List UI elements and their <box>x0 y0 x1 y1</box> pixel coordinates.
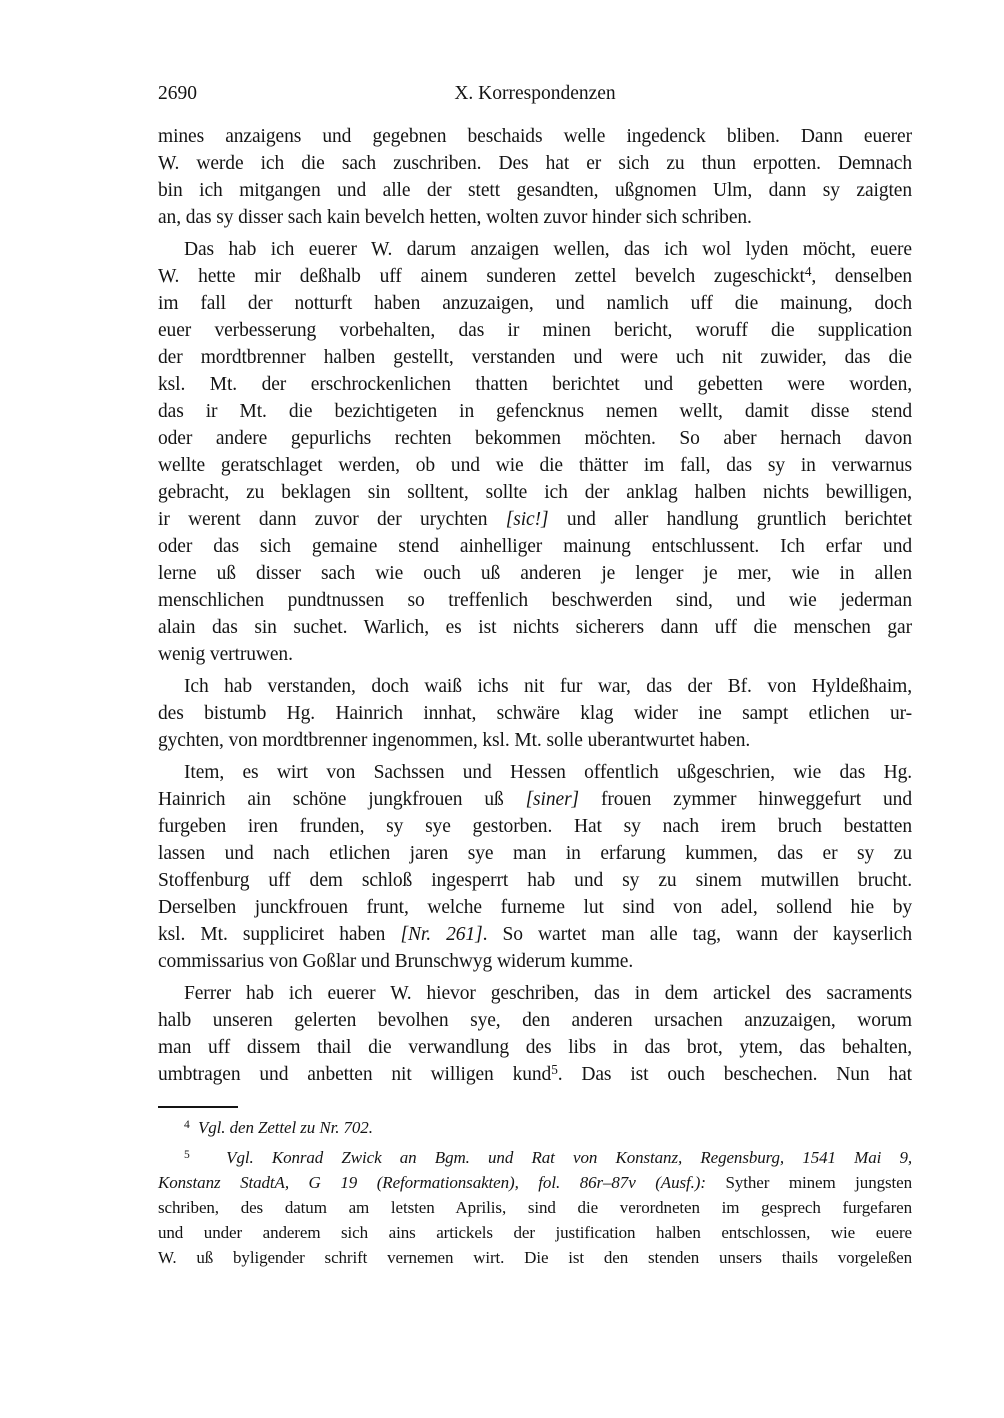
text-line: halb unseren gelerten bevolhen sye, den … <box>158 1007 912 1034</box>
text-line: umbtragen und anbetten nit willigen kund… <box>158 1061 912 1088</box>
text-line: oder andere gepurlichs rechten bekommen … <box>158 425 912 452</box>
text-line: bin ich mitgangen und alle der stett ges… <box>158 177 912 204</box>
text-line: lassen und nach etlichen jaren sye man i… <box>158 840 912 867</box>
superscript-ref: 4 <box>184 1118 190 1131</box>
text-line: W. werde ich die sach zuschriben. Des ha… <box>158 150 912 177</box>
text-line: der mordtbrenner halben gestellt, versta… <box>158 344 912 371</box>
text-line: das ir Mt. die bezichtigeten in gefenckn… <box>158 398 912 425</box>
text-line: schriben, des datum am letsten Aprilis, … <box>158 1195 912 1220</box>
paragraph: Ich hab verstanden, doch waiß ichs nit f… <box>158 673 912 754</box>
text-block: 2690 X. Korrespondenzen mines anzaigens … <box>158 80 912 1088</box>
text-line: oder das sich gemaine stend ainhelliger … <box>158 533 912 560</box>
text-line: an, das sy disser sach kain bevelch hett… <box>158 204 912 231</box>
text-line: des bistumb Hg. Hainrich innhat, schwäre… <box>158 700 912 727</box>
text-line: lerne uß disser sach wie ouch uß anderen… <box>158 560 912 587</box>
text-line: Hainrich ain schöne jungkfrouen uß [sine… <box>158 786 912 813</box>
text-line: Konstanz StadtA, G 19 (Reformationsakten… <box>158 1170 912 1195</box>
text-line: W. uß byligender schrift vernemen wirt. … <box>158 1245 912 1270</box>
paragraph: Ferrer hab ich euerer W. hievor geschrib… <box>158 980 912 1088</box>
text-line: menschlichen pundtnussen so treffenlich … <box>158 587 912 614</box>
italic-text: [sic!] <box>506 509 549 530</box>
text-line: und under anderem sich ains artickels de… <box>158 1220 912 1245</box>
italic-text: Vgl. den Zettel zu Nr. 702. <box>198 1118 373 1137</box>
text-line: 4 Vgl. den Zettel zu Nr. 702. <box>158 1115 912 1140</box>
paragraph: Item, es wirt von Sachssen und Hessen of… <box>158 759 912 975</box>
text-line: alain das sin suchet. Warlich, es ist ni… <box>158 614 912 641</box>
running-head: X. Korrespondenzen <box>158 80 912 107</box>
footnote: 4 Vgl. den Zettel zu Nr. 702. <box>158 1115 912 1140</box>
text-line: im fall der notturft haben anzuzaigen, u… <box>158 290 912 317</box>
text-line: Stoffenburg uff dem schloß ingesperrt ha… <box>158 867 912 894</box>
body-text: mines anzaigens und gegebnen beschaids w… <box>158 123 912 1088</box>
paragraph: mines anzaigens und gegebnen beschaids w… <box>158 123 912 231</box>
italic-text: Konstanz StadtA, G 19 (Reformationsakten… <box>158 1173 706 1192</box>
superscript-ref: 5 <box>184 1148 190 1161</box>
italic-text: Vgl. Konrad Zwick an Bgm. und Rat von Ko… <box>226 1148 912 1167</box>
footnote-separator <box>158 1106 238 1108</box>
text-line: ksl. Mt. suppliciret haben [Nr. 261]. So… <box>158 921 912 948</box>
book-page: 2690 X. Korrespondenzen mines anzaigens … <box>0 0 1004 1418</box>
text-line: euer verbesserung vorbehalten, das ir mi… <box>158 317 912 344</box>
page-header: 2690 X. Korrespondenzen <box>158 80 912 107</box>
text-line: furgeben iren frunden, sy sye gestorben.… <box>158 813 912 840</box>
text-line: man uff dissem thail die verwandlung des… <box>158 1034 912 1061</box>
text-line: ir werent dann zuvor der urychten [sic!]… <box>158 506 912 533</box>
superscript-ref: 4 <box>805 264 812 279</box>
text-line: Item, es wirt von Sachssen und Hessen of… <box>158 759 912 786</box>
text-line: ksl. Mt. der erschrockenlichen thatten b… <box>158 371 912 398</box>
text-line: 5 Vgl. Konrad Zwick an Bgm. und Rat von … <box>158 1145 912 1170</box>
italic-text: [siner] <box>526 789 579 810</box>
text-line: Das hab ich euerer W. darum anzaigen wel… <box>158 236 912 263</box>
text-line: W. hette mir deßhalb uff ainem sunderen … <box>158 263 912 290</box>
text-line: commissarius von Goßlar und Brunschwyg w… <box>158 948 912 975</box>
footnote: 5 Vgl. Konrad Zwick an Bgm. und Rat von … <box>158 1145 912 1270</box>
italic-text: [Nr. 261] <box>400 924 482 945</box>
text-line: wellte geratschlaget werden, ob und wie … <box>158 452 912 479</box>
text-line: gychten, von mordtbrenner ingenommen, ks… <box>158 727 912 754</box>
text-line: Ferrer hab ich euerer W. hievor geschrib… <box>158 980 912 1007</box>
paragraph: Das hab ich euerer W. darum anzaigen wel… <box>158 236 912 668</box>
text-line: gebracht, zu beklagen sin solltent, soll… <box>158 479 912 506</box>
footnotes-section: 4 Vgl. den Zettel zu Nr. 702.5 Vgl. Konr… <box>158 1106 912 1270</box>
text-line: Derselben junckfrouen frunt, welche furn… <box>158 894 912 921</box>
text-line: mines anzaigens und gegebnen beschaids w… <box>158 123 912 150</box>
superscript-ref: 5 <box>551 1062 558 1077</box>
text-line: wenig vertruwen. <box>158 641 912 668</box>
footnotes-list: 4 Vgl. den Zettel zu Nr. 702.5 Vgl. Konr… <box>158 1115 912 1270</box>
text-line: Ich hab verstanden, doch waiß ichs nit f… <box>158 673 912 700</box>
